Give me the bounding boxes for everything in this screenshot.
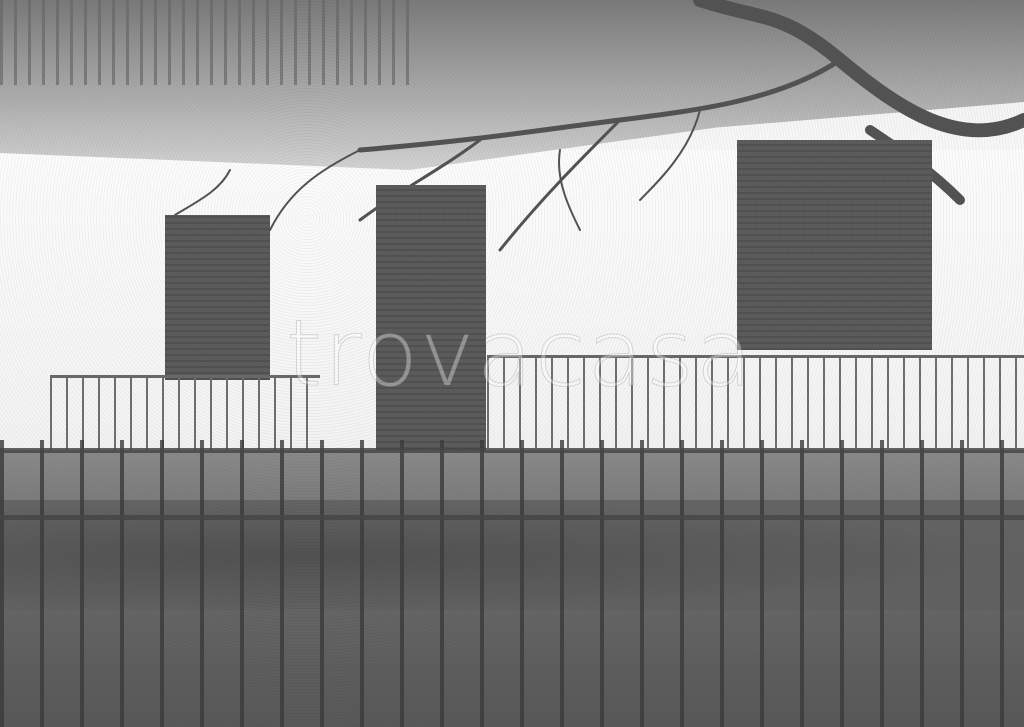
film-grain (0, 0, 1024, 727)
property-photo: trovacasa (0, 0, 1024, 727)
